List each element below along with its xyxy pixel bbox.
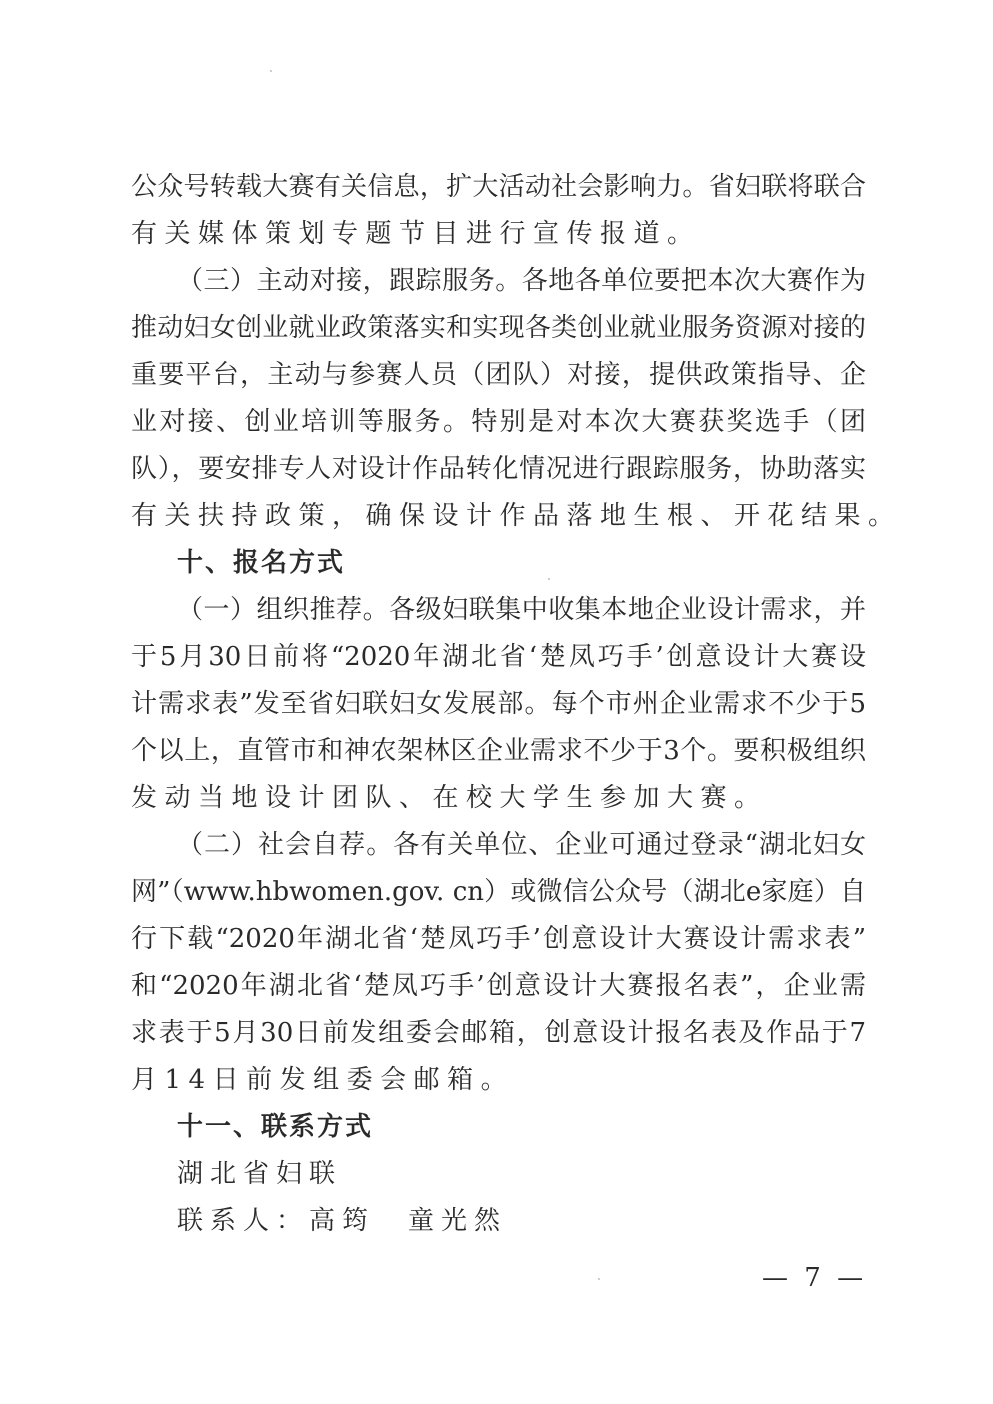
paragraph-line: 有关媒体策划专题节目进行宣传报道。 (131, 214, 866, 254)
section-heading-registration: 十、报名方式 (177, 543, 866, 583)
scan-speck (598, 1278, 600, 1280)
paragraph-line: 求表于5月30日前发组委会邮箱，创意设计报名表及作品于7 (131, 1013, 866, 1053)
paragraph-line: 和“2020年湖北省‘楚凤巧手’创意设计大赛报名表”，企业需 (131, 966, 866, 1006)
section-heading-contact: 十一、联系方式 (177, 1107, 866, 1147)
paragraph-line: 于5月30日前将“2020年湖北省‘楚凤巧手’创意设计大赛设 (131, 637, 866, 677)
paragraph-line-item-3-title: （三）主动对接，跟踪服务。各地各单位要把本次大赛作为 (177, 261, 866, 301)
paragraph-line-item-2-title: （二）社会自荐。各有关单位、企业可通过登录“湖北妇女 (177, 825, 866, 865)
document-page: 公众号转载大赛有关信息，扩大活动社会影响力。省妇联将联合 有关媒体策划专题节目进… (0, 0, 993, 1404)
contact-organization: 湖北省妇联 (177, 1154, 866, 1194)
paragraph-line: 推动妇女创业就业政策落实和实现各类创业就业服务资源对接的 (131, 308, 866, 348)
paragraph-line: 队），要安排专人对设计作品转化情况进行跟踪服务，协助落实 (131, 449, 866, 489)
scan-speck (270, 70, 272, 72)
paragraph-line: 行下载“2020年湖北省‘楚凤巧手’创意设计大赛设计需求表” (131, 919, 866, 959)
paragraph-line: 公众号转载大赛有关信息，扩大活动社会影响力。省妇联将联合 (131, 167, 866, 207)
page-number: — 7 — (762, 1258, 867, 1298)
paragraph-line: 个以上，直管市和神农架林区企业需求不少于3个。要积极组织 (131, 731, 866, 771)
contact-persons: 联系人：高筠 童光然 (177, 1201, 866, 1241)
paragraph-line: 重要平台，主动与参赛人员（团队）对接，提供政策指导、企 (131, 355, 866, 395)
paragraph-line: 发动当地设计团队、在校大学生参加大赛。 (131, 778, 866, 818)
paragraph-line: 计需求表”发至省妇联妇女发展部。每个市州企业需求不少于5 (131, 684, 866, 724)
paragraph-line: 业对接、创业培训等服务。特别是对本次大赛获奖选手（团 (131, 402, 866, 442)
paragraph-line-item-1-title: （一）组织推荐。各级妇联集中收集本地企业设计需求，并 (177, 590, 866, 630)
paragraph-line: 有关扶持政策，确保设计作品落地生根、开花结果。 (131, 496, 866, 536)
paragraph-line-website: 网”（www.hbwomen.gov. cn）或微信公众号（湖北e家庭）自 (131, 872, 866, 912)
paragraph-line: 月14日前发组委会邮箱。 (131, 1060, 866, 1100)
scan-speck (548, 578, 550, 580)
